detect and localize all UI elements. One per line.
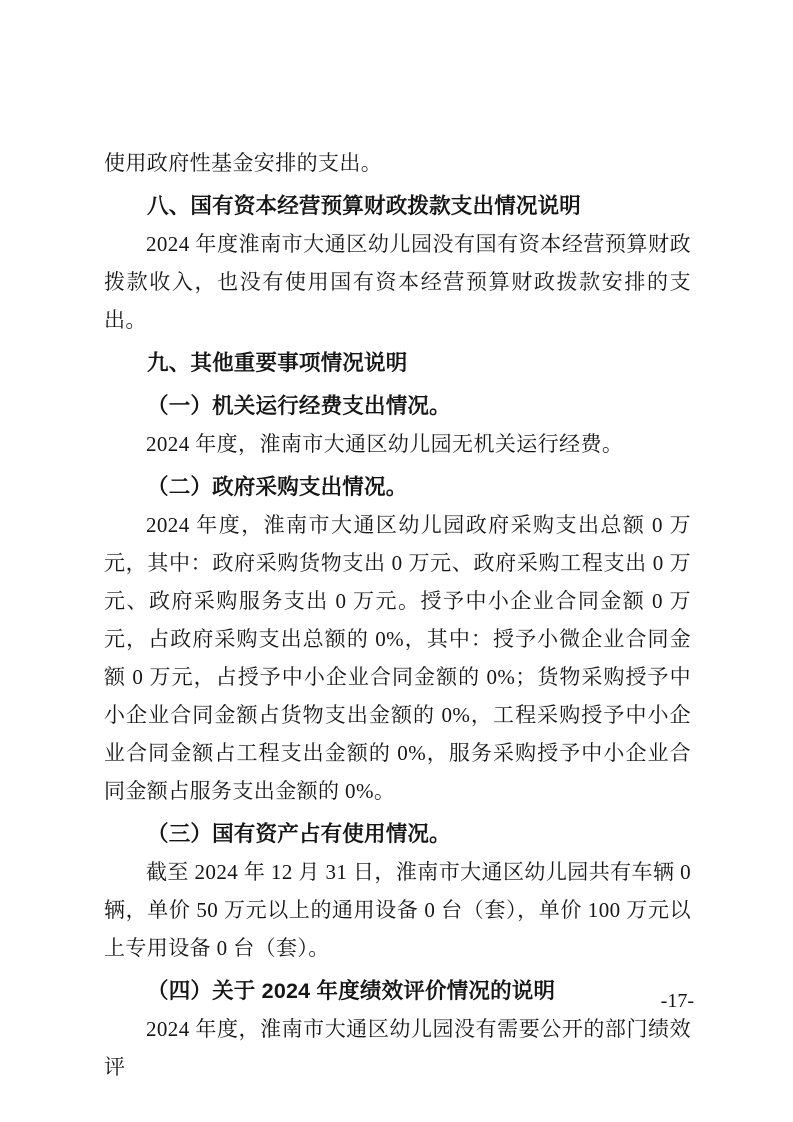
paragraph: 2024 年度淮南市大通区幼儿园没有国有资本经营预算财政拨款收入，也没有使用国有… [104, 225, 691, 339]
section-heading: 八、国有资本经营预算财政拨款支出情况说明 [104, 187, 691, 225]
paragraph-continuation: 使用政府性基金安排的支出。 [104, 144, 691, 182]
document-page: 使用政府性基金安排的支出。八、国有资本经营预算财政拨款支出情况说明2024 年度… [0, 0, 793, 1122]
sub-heading: （三）国有资产占有使用情况。 [104, 815, 691, 853]
section-heading: 九、其他重要事项情况说明 [104, 344, 691, 382]
paragraph: 2024 年度，淮南市大通区幼儿园没有需要公开的部门绩效评 [104, 1010, 691, 1086]
sub-heading: （一）机关运行经费支出情况。 [104, 387, 691, 425]
document-body: 使用政府性基金安排的支出。八、国有资本经营预算财政拨款支出情况说明2024 年度… [104, 144, 691, 1086]
sub-heading: （四）关于 2024 年度绩效评价情况的说明 [104, 972, 691, 1010]
paragraph: 截至 2024 年 12 月 31 日，淮南市大通区幼儿园共有车辆 0 辆，单价… [104, 853, 691, 967]
page-number: -17- [661, 988, 694, 1014]
paragraph: 2024 年度，淮南市大通区幼儿园无机关运行经费。 [104, 425, 691, 463]
sub-heading: （二）政府采购支出情况。 [104, 468, 691, 506]
paragraph: 2024 年度，淮南市大通区幼儿园政府采购支出总额 0 万元，其中：政府采购货物… [104, 506, 691, 810]
